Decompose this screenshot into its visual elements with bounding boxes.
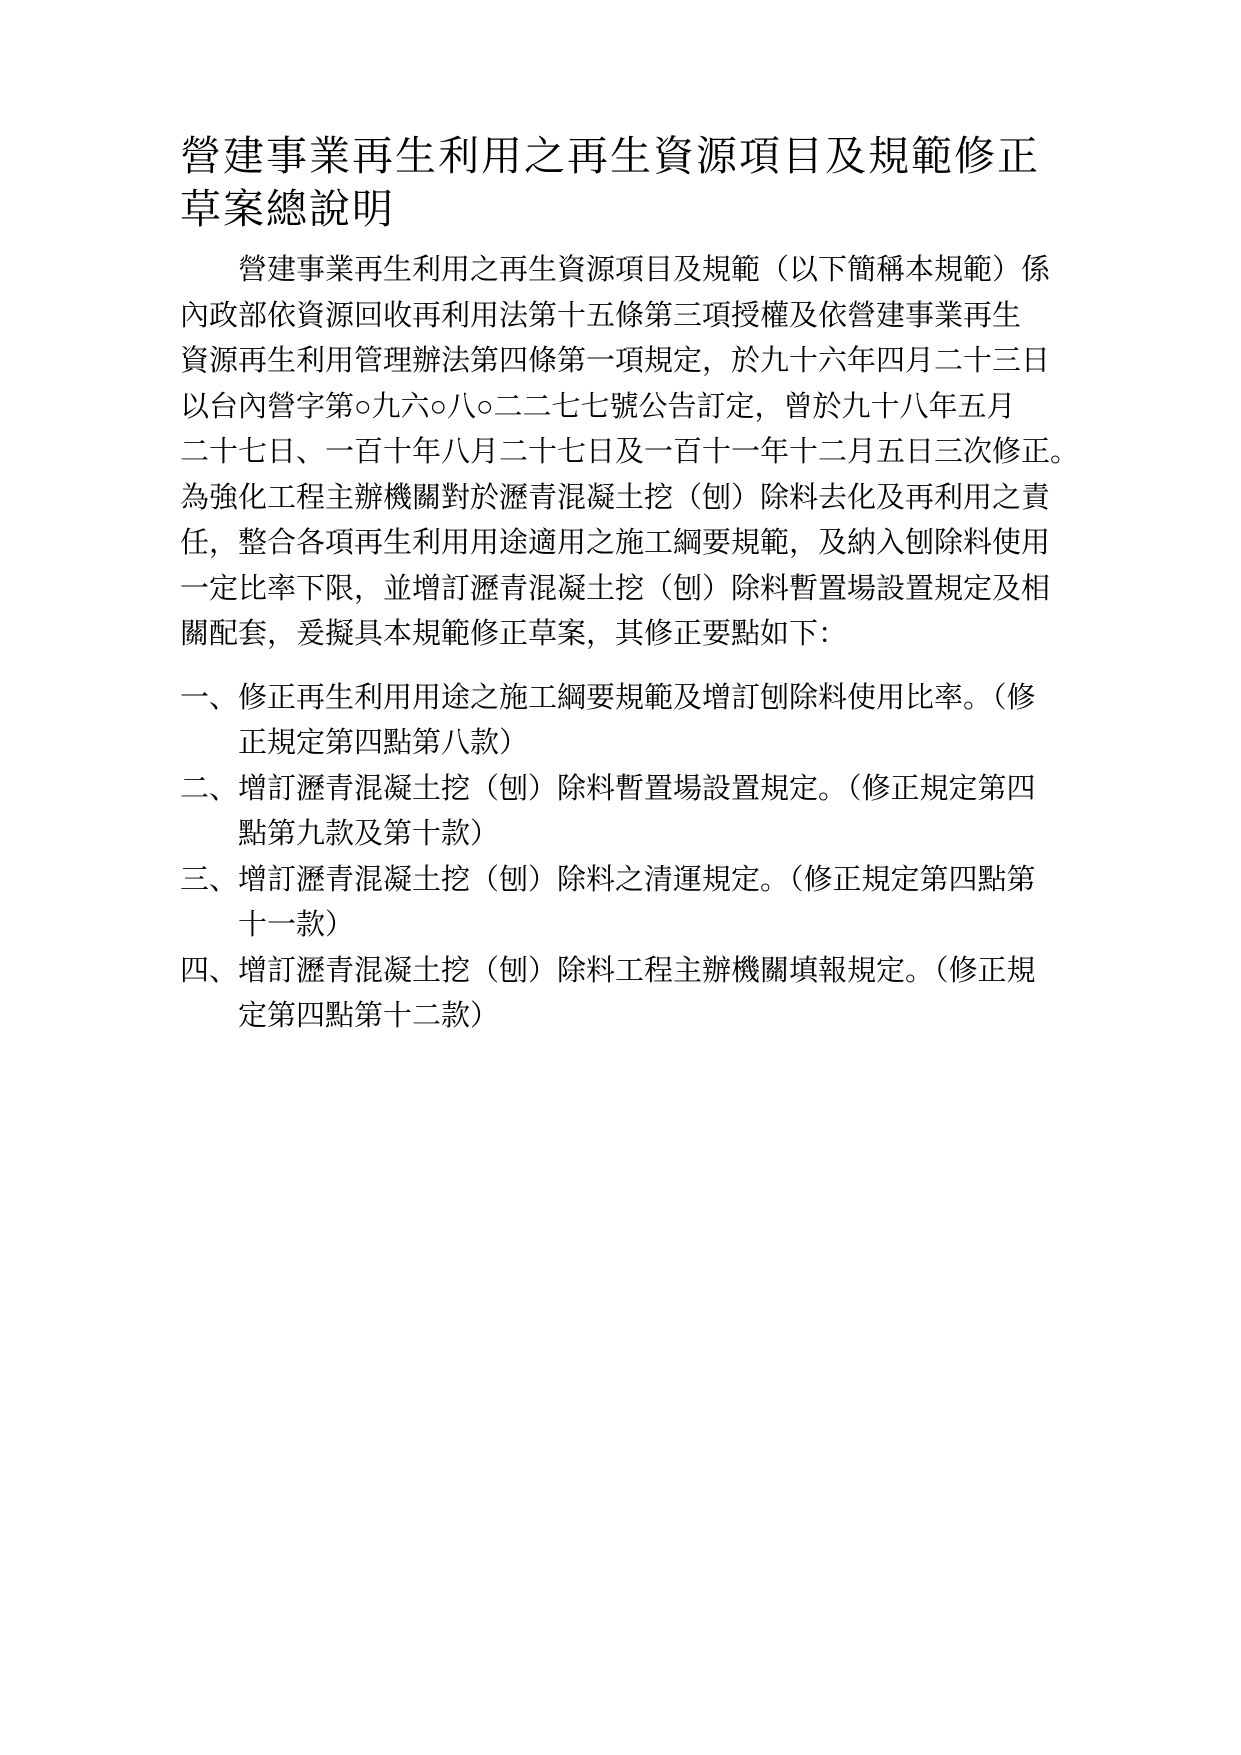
title-line-1: 營建事業再生利用之再生資源項目及規範修正 [180, 130, 1065, 183]
paragraph-line: 為強化工程主辦機關對於瀝青混凝土挖（刨）除料去化及再利用之責 [180, 476, 1065, 522]
list-item-line: 定第四點第十二款） [180, 994, 1065, 1040]
paragraph-line: 二十七日、一百十年八月二十七日及一百十一年十二月五日三次修正。 [180, 430, 1065, 476]
list-item-1: 一、修正再生利用用途之施工綱要規範及增訂刨除料使用比率。（修 正規定第四點第八款… [180, 676, 1065, 767]
item-marker: 三、 [180, 864, 238, 896]
item-text: 增訂瀝青混凝土挖（刨）除料暫置場設置規定。（修正規定第四 [238, 773, 1036, 805]
document-title: 營建事業再生利用之再生資源項目及規範修正 草案總說明 [180, 130, 1065, 236]
list-item-line: 一、修正再生利用用途之施工綱要規範及增訂刨除料使用比率。（修 [180, 676, 1065, 722]
item-text: 增訂瀝青混凝土挖（刨）除料之清運規定。（修正規定第四點第 [238, 864, 1036, 896]
paragraph-line: 營建事業再生利用之再生資源項目及規範（以下簡稱本規範）係 [180, 248, 1065, 294]
intro-paragraph: 營建事業再生利用之再生資源項目及規範（以下簡稱本規範）係 內政部依資源回收再利用… [180, 248, 1065, 658]
amendment-points-list: 一、修正再生利用用途之施工綱要規範及增訂刨除料使用比率。（修 正規定第四點第八款… [180, 676, 1065, 1040]
paragraph-line: 任，整合各項再生利用用途適用之施工綱要規範，及納入刨除料使用 [180, 521, 1065, 567]
item-text: 修正再生利用用途之施工綱要規範及增訂刨除料使用比率。（修 [238, 682, 1036, 714]
list-item-4: 四、增訂瀝青混凝土挖（刨）除料工程主辦機關填報規定。（修正規 定第四點第十二款） [180, 949, 1065, 1040]
item-marker: 四、 [180, 955, 238, 987]
paragraph-line: 以台內營字第○九六○八○二二七七號公告訂定，曾於九十八年五月 [180, 385, 1065, 431]
document-content: 營建事業再生利用之再生資源項目及規範修正 草案總說明 營建事業再生利用之再生資源… [180, 130, 1065, 1040]
item-text: 增訂瀝青混凝土挖（刨）除料工程主辦機關填報規定。（修正規 [238, 955, 1036, 987]
list-item-line: 點第九款及第十款） [180, 812, 1065, 858]
item-marker: 二、 [180, 773, 238, 805]
list-item-line: 十一款） [180, 903, 1065, 949]
paragraph-line: 一定比率下限，並增訂瀝青混凝土挖（刨）除料暫置場設置規定及相 [180, 567, 1065, 613]
document-page: 營建事業再生利用之再生資源項目及規範修正 草案總說明 營建事業再生利用之再生資源… [0, 0, 1241, 1755]
paragraph-line: 關配套，爰擬具本規範修正草案，其修正要點如下： [180, 612, 1065, 658]
list-item-line: 四、增訂瀝青混凝土挖（刨）除料工程主辦機關填報規定。（修正規 [180, 949, 1065, 995]
list-item-line: 正規定第四點第八款） [180, 721, 1065, 767]
paragraph-line: 內政部依資源回收再利用法第十五條第三項授權及依營建事業再生 [180, 294, 1065, 340]
list-item-line: 三、增訂瀝青混凝土挖（刨）除料之清運規定。（修正規定第四點第 [180, 858, 1065, 904]
list-item-3: 三、增訂瀝青混凝土挖（刨）除料之清運規定。（修正規定第四點第 十一款） [180, 858, 1065, 949]
item-marker: 一、 [180, 682, 238, 714]
paragraph-line: 資源再生利用管理辦法第四條第一項規定，於九十六年四月二十三日 [180, 339, 1065, 385]
list-item-line: 二、增訂瀝青混凝土挖（刨）除料暫置場設置規定。（修正規定第四 [180, 767, 1065, 813]
title-line-2: 草案總說明 [180, 183, 1065, 236]
list-item-2: 二、增訂瀝青混凝土挖（刨）除料暫置場設置規定。（修正規定第四 點第九款及第十款） [180, 767, 1065, 858]
